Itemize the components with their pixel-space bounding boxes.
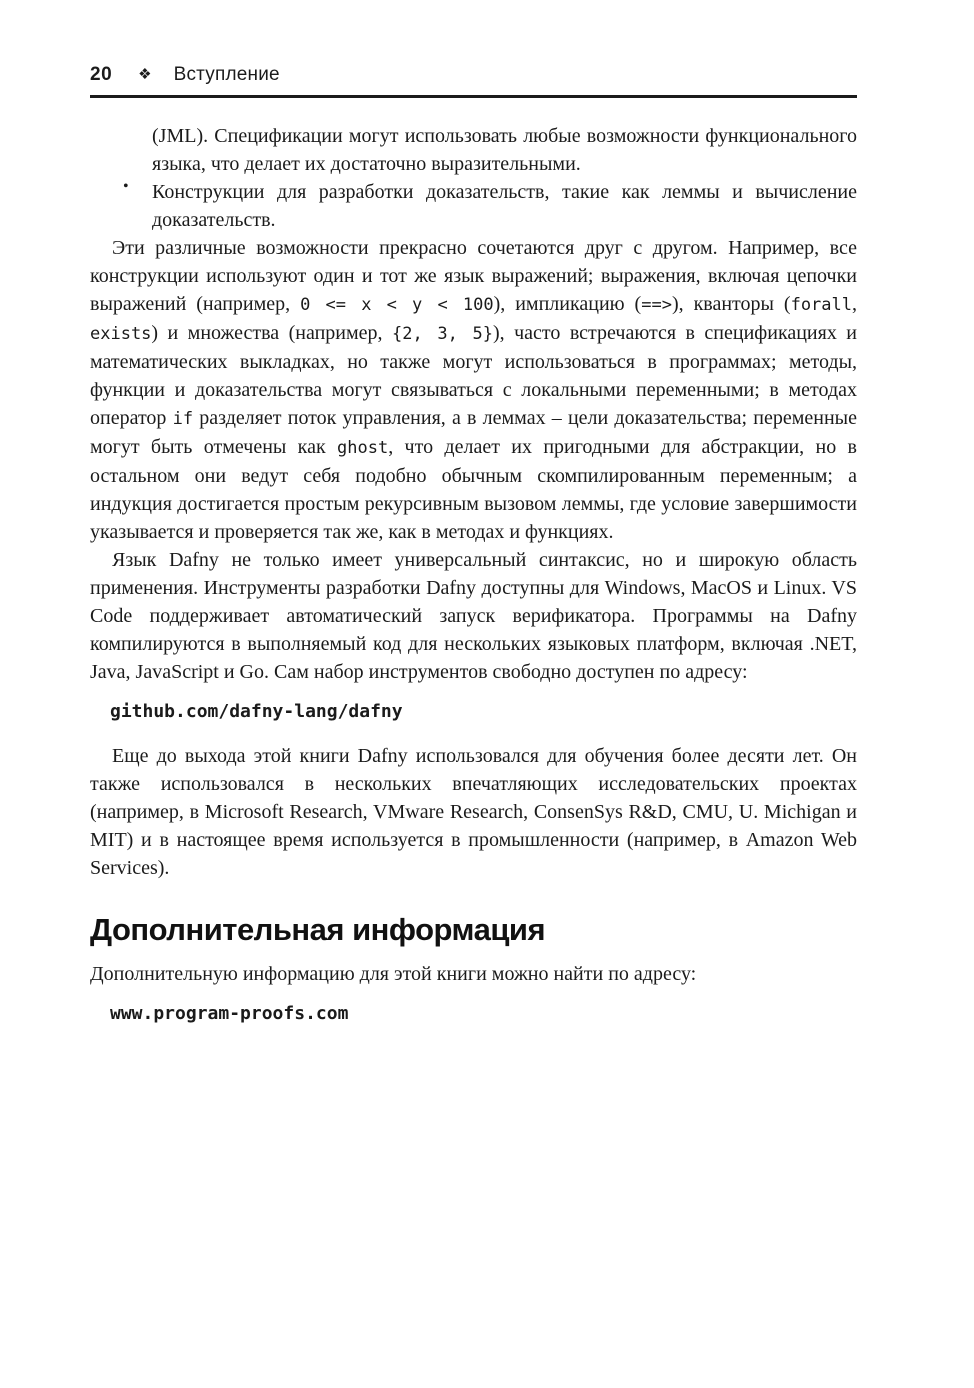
bullet-list: (JML). Спецификации могут использовать л… [90, 122, 857, 234]
running-header: 20 ❖ Вступление [90, 64, 857, 98]
book-page: 20 ❖ Вступление (JML). Спецификации могу… [90, 0, 857, 1026]
list-item-text: (JML). Спецификации могут использовать л… [152, 122, 857, 178]
list-item-text: Конструкции для разработки доказательств… [152, 178, 857, 234]
paragraph-feature-combination: Эти различные возможности прекрасно соче… [90, 234, 857, 546]
code-line-website-url: www.program-proofs.com [110, 1002, 857, 1026]
bullet-marker: • [90, 178, 152, 234]
diamond-ornament-icon: ❖ [138, 65, 151, 83]
inline-code: ==> [641, 295, 672, 315]
inline-code: 0 <= x < y < 100 [300, 295, 493, 315]
inline-code: {2, 3, 5} [392, 324, 493, 344]
inline-code: if [173, 409, 193, 429]
list-marker-spacer [90, 122, 152, 178]
list-item-continuation: (JML). Спецификации могут использовать л… [90, 122, 857, 178]
code-line-github-url: github.com/dafny-lang/dafny [110, 700, 857, 724]
paragraph-more-info: Дополнительную информацию для этой книги… [90, 960, 857, 988]
paragraph-usage-history: Еще до выхода этой книги Dafny использов… [90, 742, 857, 882]
inline-code: exists [90, 324, 151, 344]
page-number: 20 [90, 64, 112, 86]
inline-code: ghost [337, 438, 388, 458]
list-item: • Конструкции для разработки доказательс… [90, 178, 857, 234]
section-heading: Дополнительная информация [90, 912, 857, 948]
inline-code: forall [791, 295, 852, 315]
paragraph-tooling: Язык Dafny не только имеет универсальный… [90, 546, 857, 686]
chapter-title: Вступление [174, 64, 280, 86]
